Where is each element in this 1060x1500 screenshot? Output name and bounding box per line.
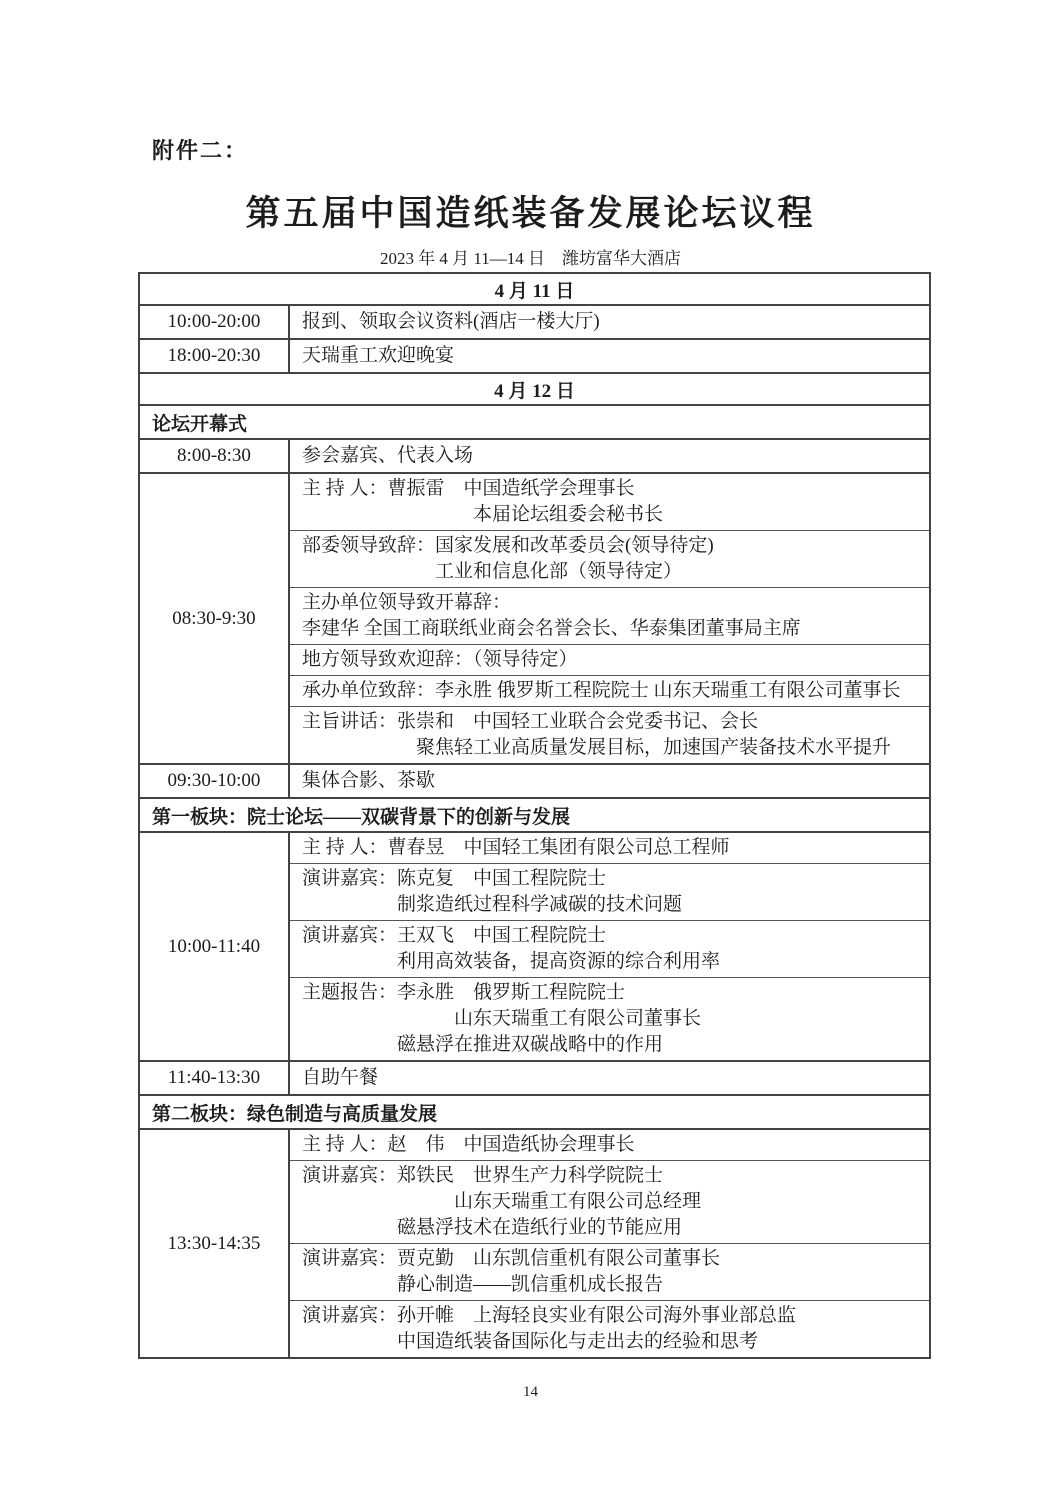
date-header-row-apr11: 4 月 11 日 [139, 273, 930, 305]
session-line: 主 持 人：曹振雷 中国造纸学会理事长 [302, 476, 917, 502]
page-number: 14 [134, 1384, 927, 1401]
time-cell: 18:00-20:30 [139, 339, 289, 373]
session-line: 演讲嘉宾：郑铁民 世界生产力科学院院士 [302, 1163, 917, 1189]
session-item-host: 主 持 人：曹春昱 中国轻工集团有限公司总工程师 [290, 833, 929, 864]
session-item-speaker-chen: 演讲嘉宾：陈克复 中国工程院院士 制浆造纸过程科学减碳的技术问题 [290, 864, 929, 921]
session-item-report-li: 主题报告：李永胜 俄罗斯工程院院士 山东天瑞重工有限公司董事长 磁悬浮在推进双碳… [290, 978, 929, 1060]
time-cell: 8:00-8:30 [139, 439, 289, 473]
session-line: 部委领导致辞：国家发展和改革委员会(领导待定) [302, 533, 917, 559]
session-line: 中国造纸装备国际化与走出去的经验和思考 [302, 1329, 917, 1355]
session-item-keynote: 主旨讲话：张崇和 中国轻工业联合会党委书记、会长 聚焦轻工业高质量发展目标，加速… [290, 707, 929, 763]
session-line: 主 持 人：曹春昱 中国轻工集团有限公司总工程师 [302, 835, 917, 861]
agenda-row-registration: 10:00-20:00 报到、领取会议资料(酒店一楼大厅) [139, 305, 930, 339]
session-line: 利用高效装备，提高资源的综合利用率 [302, 949, 917, 975]
agenda-row-welcome-banquet: 18:00-20:30 天瑞重工欢迎晚宴 [139, 339, 930, 373]
content-cell: 集体合影、茶歇 [289, 764, 930, 798]
session-line: 主办单位领导致开幕辞： [302, 590, 917, 616]
session-item-host: 主 持 人：赵 伟 中国造纸协会理事长 [290, 1130, 929, 1161]
session-item-speaker-wang: 演讲嘉宾：王双飞 中国工程院院士 利用高效装备，提高资源的综合利用率 [290, 921, 929, 978]
session-group-panel1: 10:00-11:40 主 持 人：曹春昱 中国轻工集团有限公司总工程师 演讲嘉… [139, 832, 930, 1061]
session-line: 主 持 人：赵 伟 中国造纸协会理事长 [302, 1132, 917, 1158]
session-line: 演讲嘉宾：孙开帷 上海轻良实业有限公司海外事业部总监 [302, 1303, 917, 1329]
document-page: 附件二： 第五届中国造纸装备发展论坛议程 2023 年 4 月 11—14 日 … [0, 0, 1060, 1500]
time-cell: 10:00-11:40 [139, 832, 289, 1061]
session-item-host: 主 持 人：曹振雷 中国造纸学会理事长 本届论坛组委会秘书长 [290, 474, 929, 531]
session-line: 山东天瑞重工有限公司总经理 [302, 1189, 917, 1215]
date-header-apr11: 4 月 11 日 [139, 273, 930, 305]
session-line: 演讲嘉宾：王双飞 中国工程院院士 [302, 923, 917, 949]
agenda-row-lunch: 11:40-13:30 自助午餐 [139, 1061, 930, 1095]
session-item-organizer-speech: 主办单位领导致开幕辞： 李建华 全国工商联纸业商会名誉会长、华泰集团董事局主席 [290, 588, 929, 645]
date-header-row-apr12: 4 月 12 日 [139, 373, 930, 405]
section-header-panel1: 第一板块：院士论坛——双碳背景下的创新与发展 [139, 798, 930, 832]
session-group-opening: 08:30-9:30 主 持 人：曹振雷 中国造纸学会理事长 本届论坛组委会秘书… [139, 473, 930, 764]
time-cell: 08:30-9:30 [139, 473, 289, 764]
session-line: 磁悬浮在推进双碳战略中的作用 [302, 1032, 917, 1058]
content-cell: 自助午餐 [289, 1061, 930, 1095]
time-cell: 11:40-13:30 [139, 1061, 289, 1095]
session-line: 主旨讲话：张崇和 中国轻工业联合会党委书记、会长 [302, 709, 917, 735]
session-items-cell: 主 持 人：赵 伟 中国造纸协会理事长 演讲嘉宾：郑铁民 世界生产力科学院院士 … [289, 1129, 930, 1358]
date-header-apr12: 4 月 12 日 [139, 373, 930, 405]
session-line: 承办单位致辞：李永胜 俄罗斯工程院院士 山东天瑞重工有限公司董事长 [302, 678, 917, 704]
agenda-table: 4 月 11 日 10:00-20:00 报到、领取会议资料(酒店一楼大厅) 1… [138, 272, 931, 1359]
session-item-local-welcome: 地方领导致欢迎辞：（领导待定） [290, 645, 929, 676]
agenda-row-entry: 8:00-8:30 参会嘉宾、代表入场 [139, 439, 930, 473]
session-item-host-unit-speech: 承办单位致辞：李永胜 俄罗斯工程院院士 山东天瑞重工有限公司董事长 [290, 676, 929, 707]
session-line: 地方领导致欢迎辞：（领导待定） [302, 647, 917, 673]
session-line: 静心制造——凯信重机成长报告 [302, 1272, 917, 1298]
section-title: 第二板块：绿色制造与高质量发展 [139, 1095, 930, 1129]
session-line: 聚焦轻工业高质量发展目标，加速国产装备技术水平提升 [302, 735, 917, 761]
page-title: 第五届中国造纸装备发展论坛议程 [134, 186, 927, 236]
session-line: 磁悬浮技术在造纸行业的节能应用 [302, 1215, 917, 1241]
time-cell: 13:30-14:35 [139, 1129, 289, 1358]
section-header-panel2: 第二板块：绿色制造与高质量发展 [139, 1095, 930, 1129]
time-cell: 09:30-10:00 [139, 764, 289, 798]
session-line: 演讲嘉宾：陈克复 中国工程院院士 [302, 866, 917, 892]
content-cell: 参会嘉宾、代表入场 [289, 439, 930, 473]
session-item-speaker-zheng: 演讲嘉宾：郑铁民 世界生产力科学院院士 山东天瑞重工有限公司总经理 磁悬浮技术在… [290, 1161, 929, 1244]
session-item-ministry-speech: 部委领导致辞：国家发展和改革委员会(领导待定) 工业和信息化部（领导待定） [290, 531, 929, 588]
page-subtitle: 2023 年 4 月 11—14 日 潍坊富华大酒店 [134, 244, 927, 269]
session-line: 李建华 全国工商联纸业商会名誉会长、华泰集团董事局主席 [302, 616, 917, 642]
agenda-row-photo-break: 09:30-10:00 集体合影、茶歇 [139, 764, 930, 798]
session-line: 山东天瑞重工有限公司董事长 [302, 1006, 917, 1032]
section-header-opening: 论坛开幕式 [139, 405, 930, 439]
session-items-cell: 主 持 人：曹振雷 中国造纸学会理事长 本届论坛组委会秘书长 部委领导致辞：国家… [289, 473, 930, 764]
content-cell: 天瑞重工欢迎晚宴 [289, 339, 930, 373]
section-title: 第一板块：院士论坛——双碳背景下的创新与发展 [139, 798, 930, 832]
session-group-panel2: 13:30-14:35 主 持 人：赵 伟 中国造纸协会理事长 演讲嘉宾：郑铁民… [139, 1129, 930, 1358]
session-items-cell: 主 持 人：曹春昱 中国轻工集团有限公司总工程师 演讲嘉宾：陈克复 中国工程院院… [289, 832, 930, 1061]
session-item-speaker-jia: 演讲嘉宾：贾克勤 山东凯信重机有限公司董事长 静心制造——凯信重机成长报告 [290, 1244, 929, 1301]
time-cell: 10:00-20:00 [139, 305, 289, 339]
section-title: 论坛开幕式 [139, 405, 930, 439]
session-line: 工业和信息化部（领导待定） [302, 559, 917, 585]
attachment-label: 附件二： [152, 134, 248, 165]
session-line: 本届论坛组委会秘书长 [302, 502, 917, 528]
session-line: 演讲嘉宾：贾克勤 山东凯信重机有限公司董事长 [302, 1246, 917, 1272]
session-item-speaker-sun: 演讲嘉宾：孙开帷 上海轻良实业有限公司海外事业部总监 中国造纸装备国际化与走出去… [290, 1301, 929, 1357]
content-cell: 报到、领取会议资料(酒店一楼大厅) [289, 305, 930, 339]
session-line: 主题报告：李永胜 俄罗斯工程院院士 [302, 980, 917, 1006]
session-line: 制浆造纸过程科学减碳的技术问题 [302, 892, 917, 918]
